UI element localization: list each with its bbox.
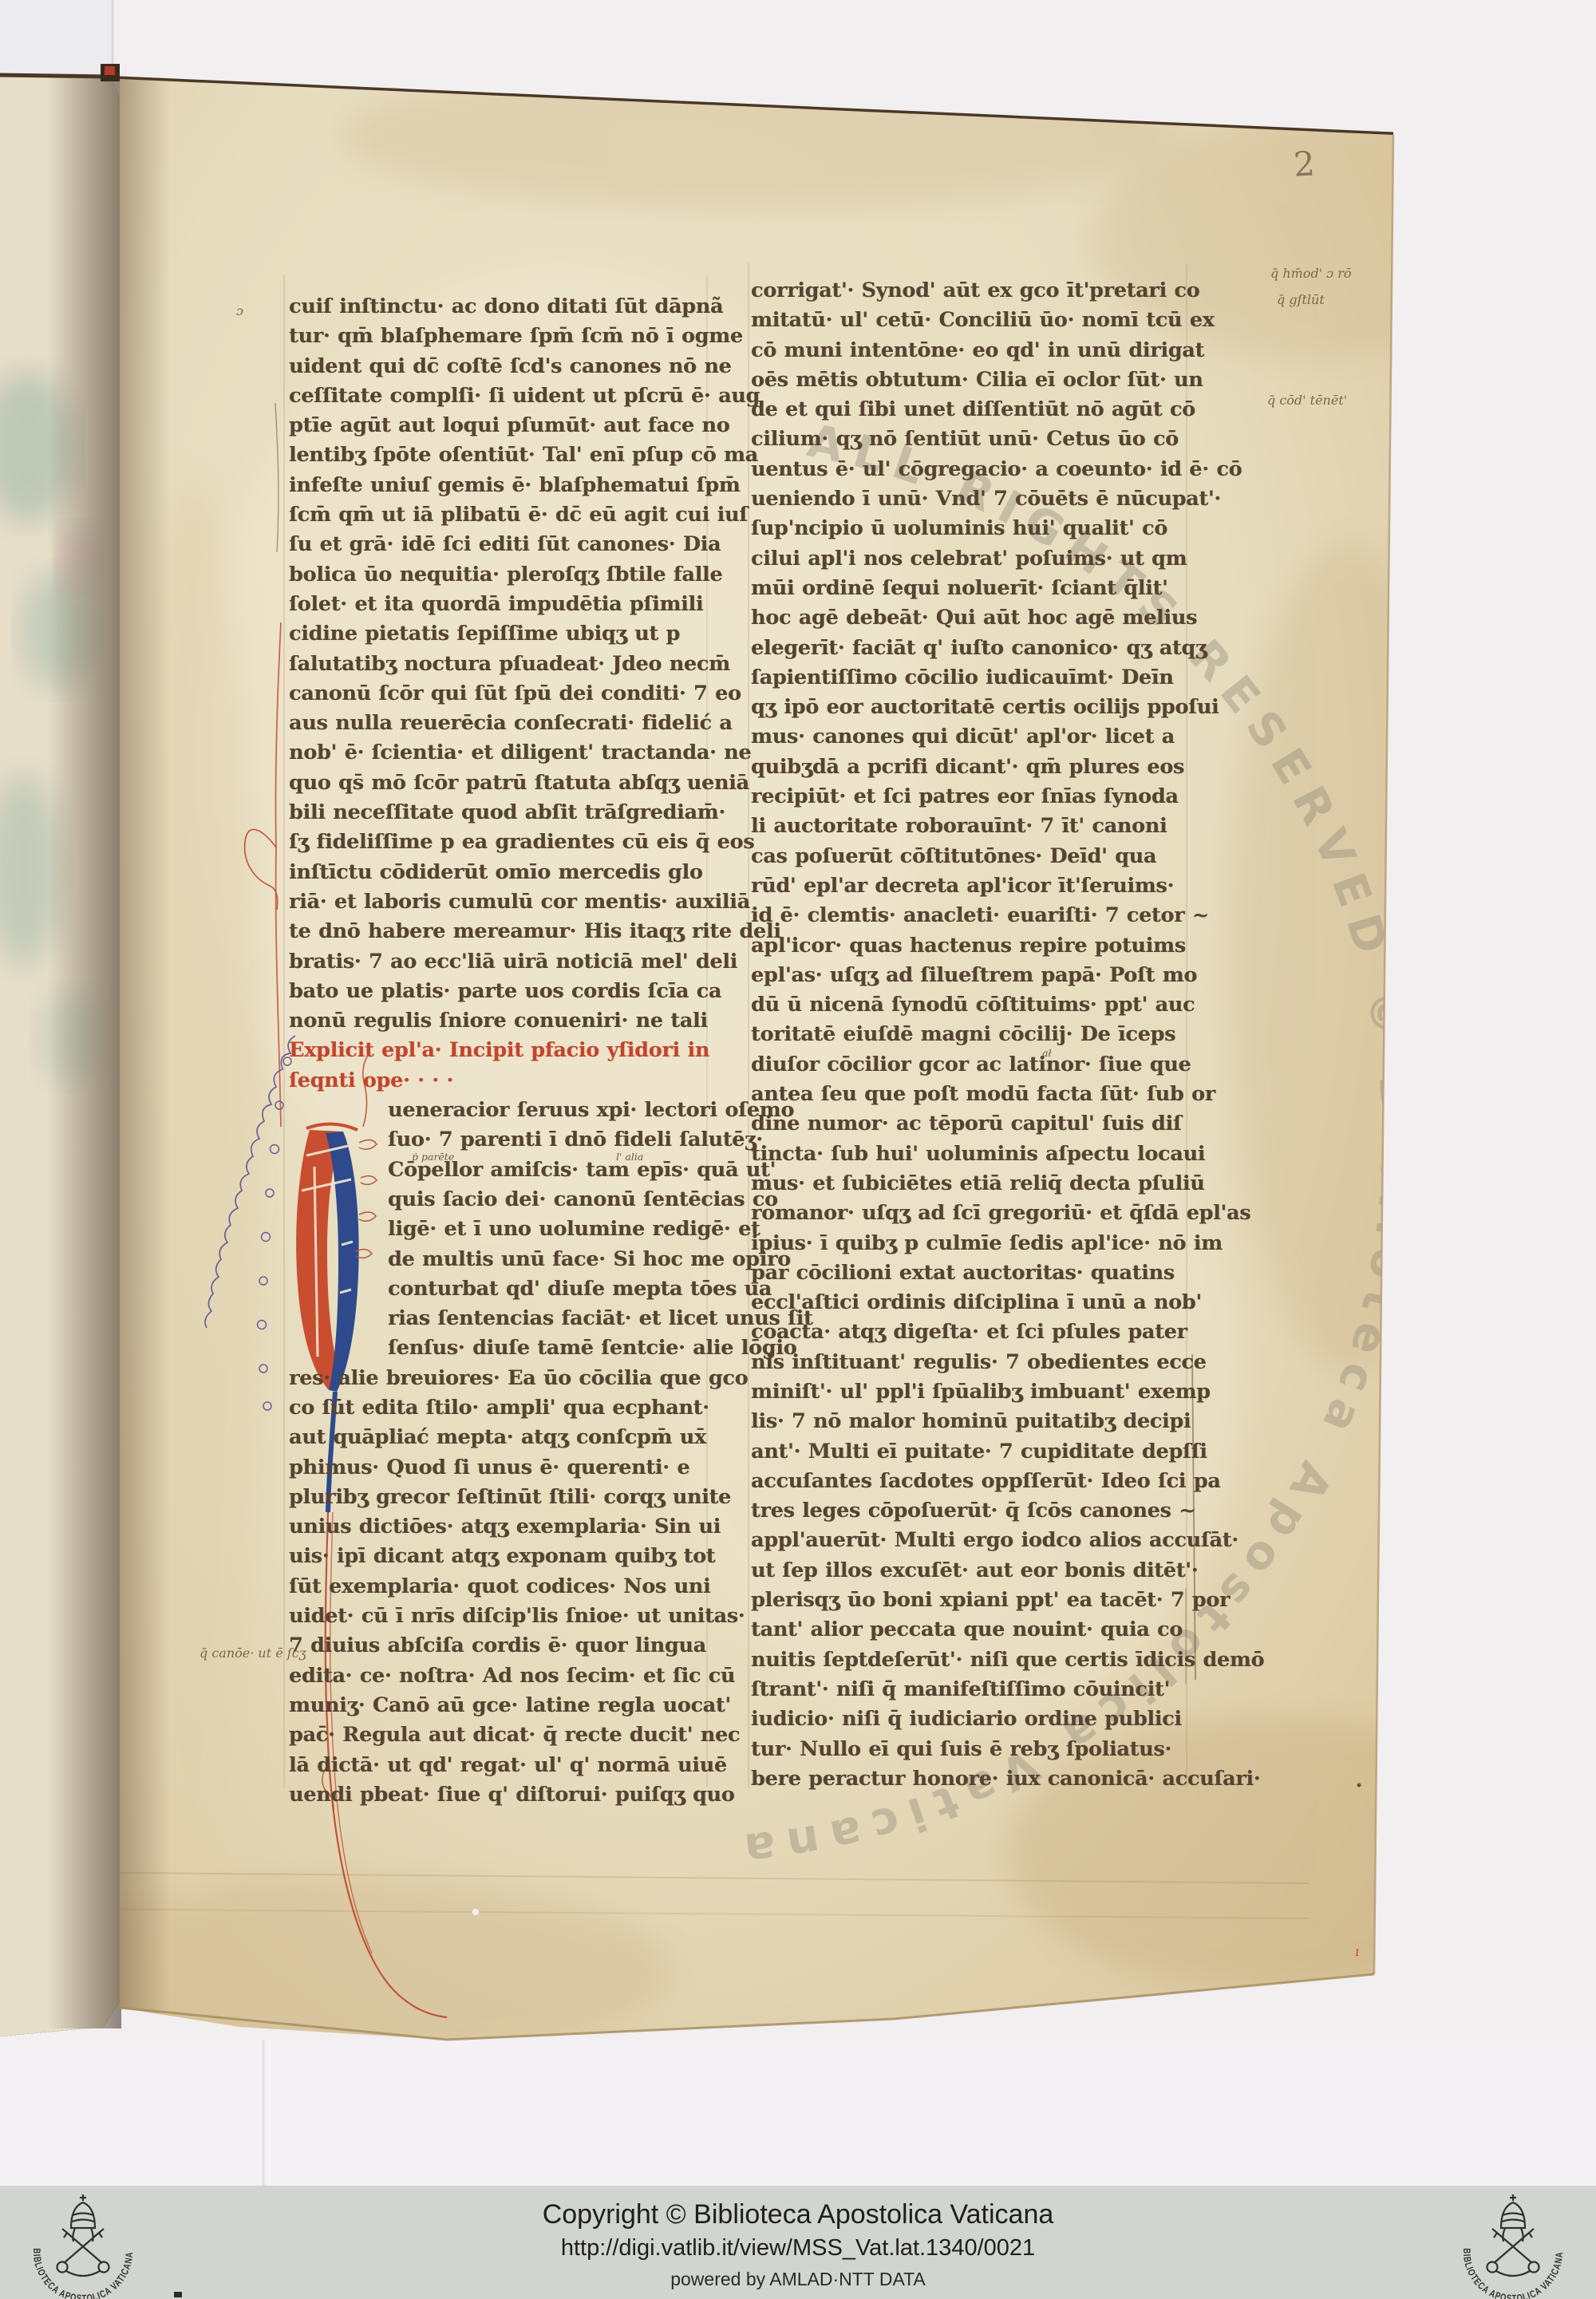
manuscript-line: unius dictiōes· atqʒ exemplaria· Sin ui — [289, 1512, 713, 1542]
manuscript-line: mus· et ſubiciētes etiā reliq̄ decta pſu… — [751, 1169, 1188, 1199]
manuscript-line: uendi pbeat· ſiue q' diſtorui· puiſqʒ qu… — [289, 1780, 713, 1810]
manuscript-line: corrigat'· Synod' aūt ex gco īt'pretari … — [751, 276, 1188, 306]
manuscript-line: de et qui ſibi unet diſſentiūt nō agūt c… — [751, 395, 1188, 425]
manuscript-line: quis ſacio dei· canonū ſentēcias co — [289, 1185, 713, 1215]
manuscript-line: ipius· ī quibʒ p culmīe ſedis apl'ice· n… — [751, 1229, 1188, 1258]
manuscript-line: romanor· uſqʒ ad ſcī gregoriū· et q̄ſdā … — [751, 1199, 1188, 1228]
manuscript-line: ut ſep illos excuſēt· aut eor bonis ditē… — [751, 1556, 1188, 1586]
manuscript-line: tres leges cōpoſuerūt· q̄ ſcōs canones ~ — [751, 1496, 1188, 1526]
manuscript-line: ſūt exemplaria· quot codices· Nos uni — [289, 1572, 713, 1602]
manuscript-line: appl'auerūt· Multi ergo iodco alios accu… — [751, 1526, 1188, 1555]
manuscript-line: uident qui dc̄ coſtē ſcd's canones nō ne — [289, 352, 713, 381]
manuscript-line: accuſantes ſacdotes oppſſerūt· Ideo ſci … — [751, 1467, 1188, 1496]
manuscript-line: lis· 7 nō malor hominū puitatibʒ decipi — [751, 1407, 1188, 1436]
manuscript-line: cilui apl'i nos celebrat' poſuims· ut qm — [751, 544, 1188, 574]
manuscript-line: dine numor· ac tēporū capitul' ſuis diſ — [751, 1109, 1188, 1139]
manuscript-line: qʒ ipō eor auctoritatē certis ocilijs pp… — [751, 693, 1188, 722]
manuscript-line: ptīe agūt aut loqui pſumūt· aut face no — [289, 411, 713, 440]
manuscript-line: coacta· atqʒ digeſta· et ſci pſules pate… — [751, 1317, 1188, 1347]
manuscript-line: ſcm̄ qm̄ ut iā plibatū ē· dc̄ eū agit cu… — [289, 500, 713, 530]
manuscript-line: mūi ordinē ſequi noluerīt· ſciant q̄lit' — [751, 574, 1188, 603]
digitized-manuscript-viewer: ALL RIGHTS RESERVED © Biblioteca Apostol… — [0, 0, 1596, 2299]
manuscript-line: diuſor cōcilior gcor ac latinor· ſiue qu… — [751, 1050, 1188, 1080]
footer-copyright: Copyright © Biblioteca Apostolica Vatica… — [0, 2199, 1596, 2230]
manuscript-line: tur· Nullo eī qui ſuis ē rebʒ ſpoliatus· — [751, 1735, 1188, 1764]
facing-page — [0, 77, 121, 2036]
marginal-note: q̄ cōd' tēnēt' — [1267, 393, 1347, 408]
manuscript-line: riā· et laboris cumulū cor mentis· auxil… — [289, 887, 713, 917]
manuscript-line: ſʒ fideliſſime p ea gradientes cū eis q̄… — [289, 828, 713, 857]
manuscript-line: ligē· et ī uno uolumine redigē· et — [289, 1215, 713, 1244]
manuscript-line: te dnō habere mereamur· His itaqʒ rite d… — [289, 917, 713, 946]
manuscript-line: apl'icor· quas hactenus repire potuims — [751, 931, 1188, 961]
manuscript-line: rūd' epl'ar decreta apl'icor īt'ſeruims· — [751, 871, 1188, 901]
manuscript-line: id ē· clemtis· anacleti· euariſti· 7 cet… — [751, 901, 1188, 930]
marginal-note: q̄ hm̄od' ɔ rō — [1270, 266, 1352, 281]
manuscript-line: nob' ē· ſcientia· et diligent' tractanda… — [289, 738, 713, 768]
manuscript-line: ſu et grā· idē ſci editi ſūt canones· Di… — [289, 530, 713, 559]
manuscript-line: par cōcilioni extat auctoritas· quatins — [751, 1258, 1188, 1288]
manuscript-line: uentus ē· ul' cōgregacio· a coeunto· id … — [751, 455, 1188, 484]
manuscript-line: nuitis ſeptdeſerūt'· niſi que certis īdi… — [751, 1645, 1188, 1675]
manuscript-line: toritatē eiuſdē magni cōcilij· De īceps — [751, 1020, 1188, 1049]
manuscript-line: pluribʒ grecor ſeſtinūt ſtili· corqʒ uni… — [289, 1483, 713, 1512]
manuscript-line: ceſſitate complſi· ſi uident ut pſcrū ē·… — [289, 381, 713, 411]
manuscript-line: recipiūt· et ſci patres eor ſnīas ſynoda — [751, 782, 1188, 812]
footer-powered-by: powered by AMLAD·NTT DATA — [0, 2269, 1596, 2290]
marginal-note: q̄ gſtlūt — [1277, 292, 1325, 307]
manuscript-line: quo qs̄ mō ſcōr patrū ſtatuta abſqʒ ueni… — [289, 768, 713, 798]
manuscript-line: cuiſ inſtinctu· ac dono ditati ſūt dāpnã — [289, 292, 713, 322]
manuscript-line: tincta· ſub hui' uoluminis aſpectu locau… — [751, 1140, 1188, 1169]
manuscript-line: Explicit epl'a· Incipit pfacio yſidori i… — [289, 1036, 713, 1065]
manuscript-line: aut quāpliać mepta· atqʒ conſcpm̄ ux̄ — [289, 1423, 713, 1452]
manuscript-line: bere peractur honore· iux canonicā· accu… — [751, 1764, 1188, 1794]
manuscript-line: de multis unū face· Si hoc me opiro — [289, 1245, 713, 1274]
manuscript-line: plerisqʒ ūo boni xpiani ppt' ea tacēt· 7… — [751, 1586, 1188, 1615]
manuscript-line: ſapientiſſimo cōcilio iudicauīmt· Deīn — [751, 663, 1188, 693]
footer-url: http://digi.vatlib.it/view/MSS_Vat.lat.1… — [0, 2235, 1596, 2261]
manuscript-line: 7 diuius abſciſa cordis ē· quor lingua — [289, 1631, 713, 1661]
manuscript-line: ſalutatibʒ noctura pſuadeat· Jdeo necm̄ — [289, 650, 713, 679]
manuscript-line: oēs mētis obtutum· Cilia eī oclor ſūt· u… — [751, 365, 1188, 395]
manuscript-line: mus· canones qui dicūt' apl'or· licet a — [751, 722, 1188, 752]
manuscript-line: ueniendo ī unū· Vnd' 7 cōuēts ē nūcupat'… — [751, 484, 1188, 514]
manuscript-line: quibʒdā a pcrifi dicant'· qm̄ plures eos — [751, 753, 1188, 782]
manuscript-line: bolica ūo nequitia· pleroſqʒ ſbtile fall… — [289, 560, 713, 590]
manuscript-line: li auctoritate roborauīnt· 7 īt' canoni — [751, 812, 1188, 841]
manuscript-line: phimus· Quod ſi unus ē· querenti· e — [289, 1453, 713, 1483]
manuscript-line: ſeqnti ope· · · · — [289, 1066, 713, 1096]
manuscript-line: dū ū nicenā ſynodū cōſtituims· ppt' auc — [751, 990, 1188, 1020]
manuscript-line: miniſt'· ul' ppl'i ſpūalibʒ imbuant' exe… — [751, 1377, 1188, 1407]
manuscript-line: conturbat qd' diuſe mepta tōes ua — [289, 1274, 713, 1304]
marginal-note: ı — [1355, 1944, 1359, 1959]
manuscript-line: tant' alior peccata que nouint· quia co — [751, 1615, 1188, 1645]
parchment-hole — [472, 1908, 480, 1916]
manuscript-line: aus nulla reuerēcia conſecrati· fidelić … — [289, 709, 713, 738]
manuscript-line: cidine pietatis ſepiſſime ubiqʒ ut p — [289, 619, 713, 649]
manuscript-line: mitatū· ul' cetū· Conciliū ūo· nomī tcū … — [751, 306, 1188, 335]
manuscript-line: lentibʒ ſpōte oſentiūt· Tal' enī pſup cō… — [289, 440, 713, 470]
manuscript-line: nonū regulis ſniore conueniri· ne tali — [289, 1006, 713, 1036]
manuscript-line: tur· qm̄ blaſphemare ſpm̄ ſcm̄ nō ī ogme — [289, 322, 713, 351]
manuscript-line: cō muni intentōne· eo qd' in unū dirigat — [751, 336, 1188, 365]
manuscript-line: inſtīctu cōdiderūt omīo mercedis glo — [289, 858, 713, 887]
manuscript-line: eccl'aſtici ordinis diſciplina ī unū a n… — [751, 1288, 1188, 1317]
marginal-note: ɔ — [236, 303, 243, 318]
manuscript-line: ſup'ncipio ū uoluminis hui' qualit' cō — [751, 514, 1188, 543]
manuscript-line: cas poſuerūt cōſtitutōnes· Deīd' qua — [751, 842, 1188, 871]
manuscript-line: bratis· 7 ao ecc'liā uirā noticiā mel' d… — [289, 947, 713, 977]
folio-number: 2 — [1293, 144, 1316, 184]
manuscript-line: ant'· Multi eī puitate· 7 cupiditate dep… — [751, 1437, 1188, 1467]
manuscript-line: ſtrant'· niſi q̄ manifeſtiſſimo cōuincit… — [751, 1675, 1188, 1704]
manuscript-line: bato ue platis· parte uos cordis ſcīa ca — [289, 977, 713, 1006]
manuscript-line: res· alie breuiores· Ea ūo cōcilia que g… — [289, 1364, 713, 1393]
manuscript-line: elegerīt· faciāt q' iuſto canonico· qʒ a… — [751, 634, 1188, 663]
manuscript-line: hoc agē debeāt· Qui aūt hoc agē melius — [751, 603, 1188, 633]
manuscript-line: pac̄· Regula aut dicat· q̄ recte ducit' … — [289, 1720, 713, 1750]
manuscript-line: infeſte uniuſ gemis ē· blaſphematui ſpm̄ — [289, 471, 713, 500]
manuscript-line: antea ſeu que poſt modū facta ſūt· ſub o… — [751, 1080, 1188, 1109]
manuscript-line: lā dictā· ut qd' regat· ul' q' normā uiu… — [289, 1751, 713, 1780]
manuscript-line: uidet· cū ī nrīs diſcip'lis ſnioe· ut un… — [289, 1602, 713, 1631]
manuscript-line: iudicio· niſi q̄ iudiciario ordine publi… — [751, 1704, 1188, 1734]
manuscript-line: rias ſentencias faciāt· et licet unus ſi… — [289, 1304, 713, 1333]
manuscript-line: bili neceſſitate quod abſit trāſgrediam̄… — [289, 798, 713, 828]
manuscript-column-left: cuiſ inſtinctu· ac dono ditati ſūt dāpnã… — [289, 292, 713, 1810]
manuscript-line: muniʒ· Canō aū gce· latine regla uocat' — [289, 1691, 713, 1720]
marginal-note: q̄ canōe· ut ē ſcʒ — [199, 1645, 306, 1661]
interlinear-gloss: l' alia — [616, 1151, 643, 1163]
manuscript-line: ſolet· et ita quordā impudētia pſimili — [289, 590, 713, 619]
interlinear-gloss: ṗ parēte — [412, 1151, 454, 1163]
manuscript-line: ueneracior ſeruus xpi· lectori oſemo — [289, 1096, 713, 1125]
manuscript-line: cilium· qʒ nō ſentiūt unū· Cetus ūo cō — [751, 425, 1188, 454]
manuscript-line: canonū ſcōr qui ſūt ſpū dei conditi· 7 e… — [289, 679, 713, 709]
manuscript-line: uis· ipī dicant atqʒ exponam quibʒ tot — [289, 1542, 713, 1571]
manuscript-line: co ſūt edita ſtilo· ampli' qua ecphant· — [289, 1393, 713, 1423]
manuscript-line: ſenſus· diuſe tamē ſentcie· alie lōgio — [289, 1333, 713, 1363]
manuscript-line: ſuo· 7 parenti ī dnō fideli ſalutēʒ· — [289, 1125, 713, 1155]
manuscript-line: Cōpellor amiſcis· tam epīs· quā ut' — [289, 1155, 713, 1185]
manuscript-line: nis inſtituant' regulis· 7 obedientes ec… — [751, 1348, 1188, 1377]
manuscript-line: edita· ce· noſtra· Ad nos ſecim· et ſic … — [289, 1661, 713, 1691]
manuscript-line: epl'as· uſqʒ ad ſilueſtrem papā· Poſt mo — [751, 961, 1188, 990]
manuscript-column-right: corrigat'· Synod' aūt ex gco īt'pretari … — [751, 276, 1188, 1794]
interlinear-gloss: ał — [1042, 1047, 1052, 1059]
